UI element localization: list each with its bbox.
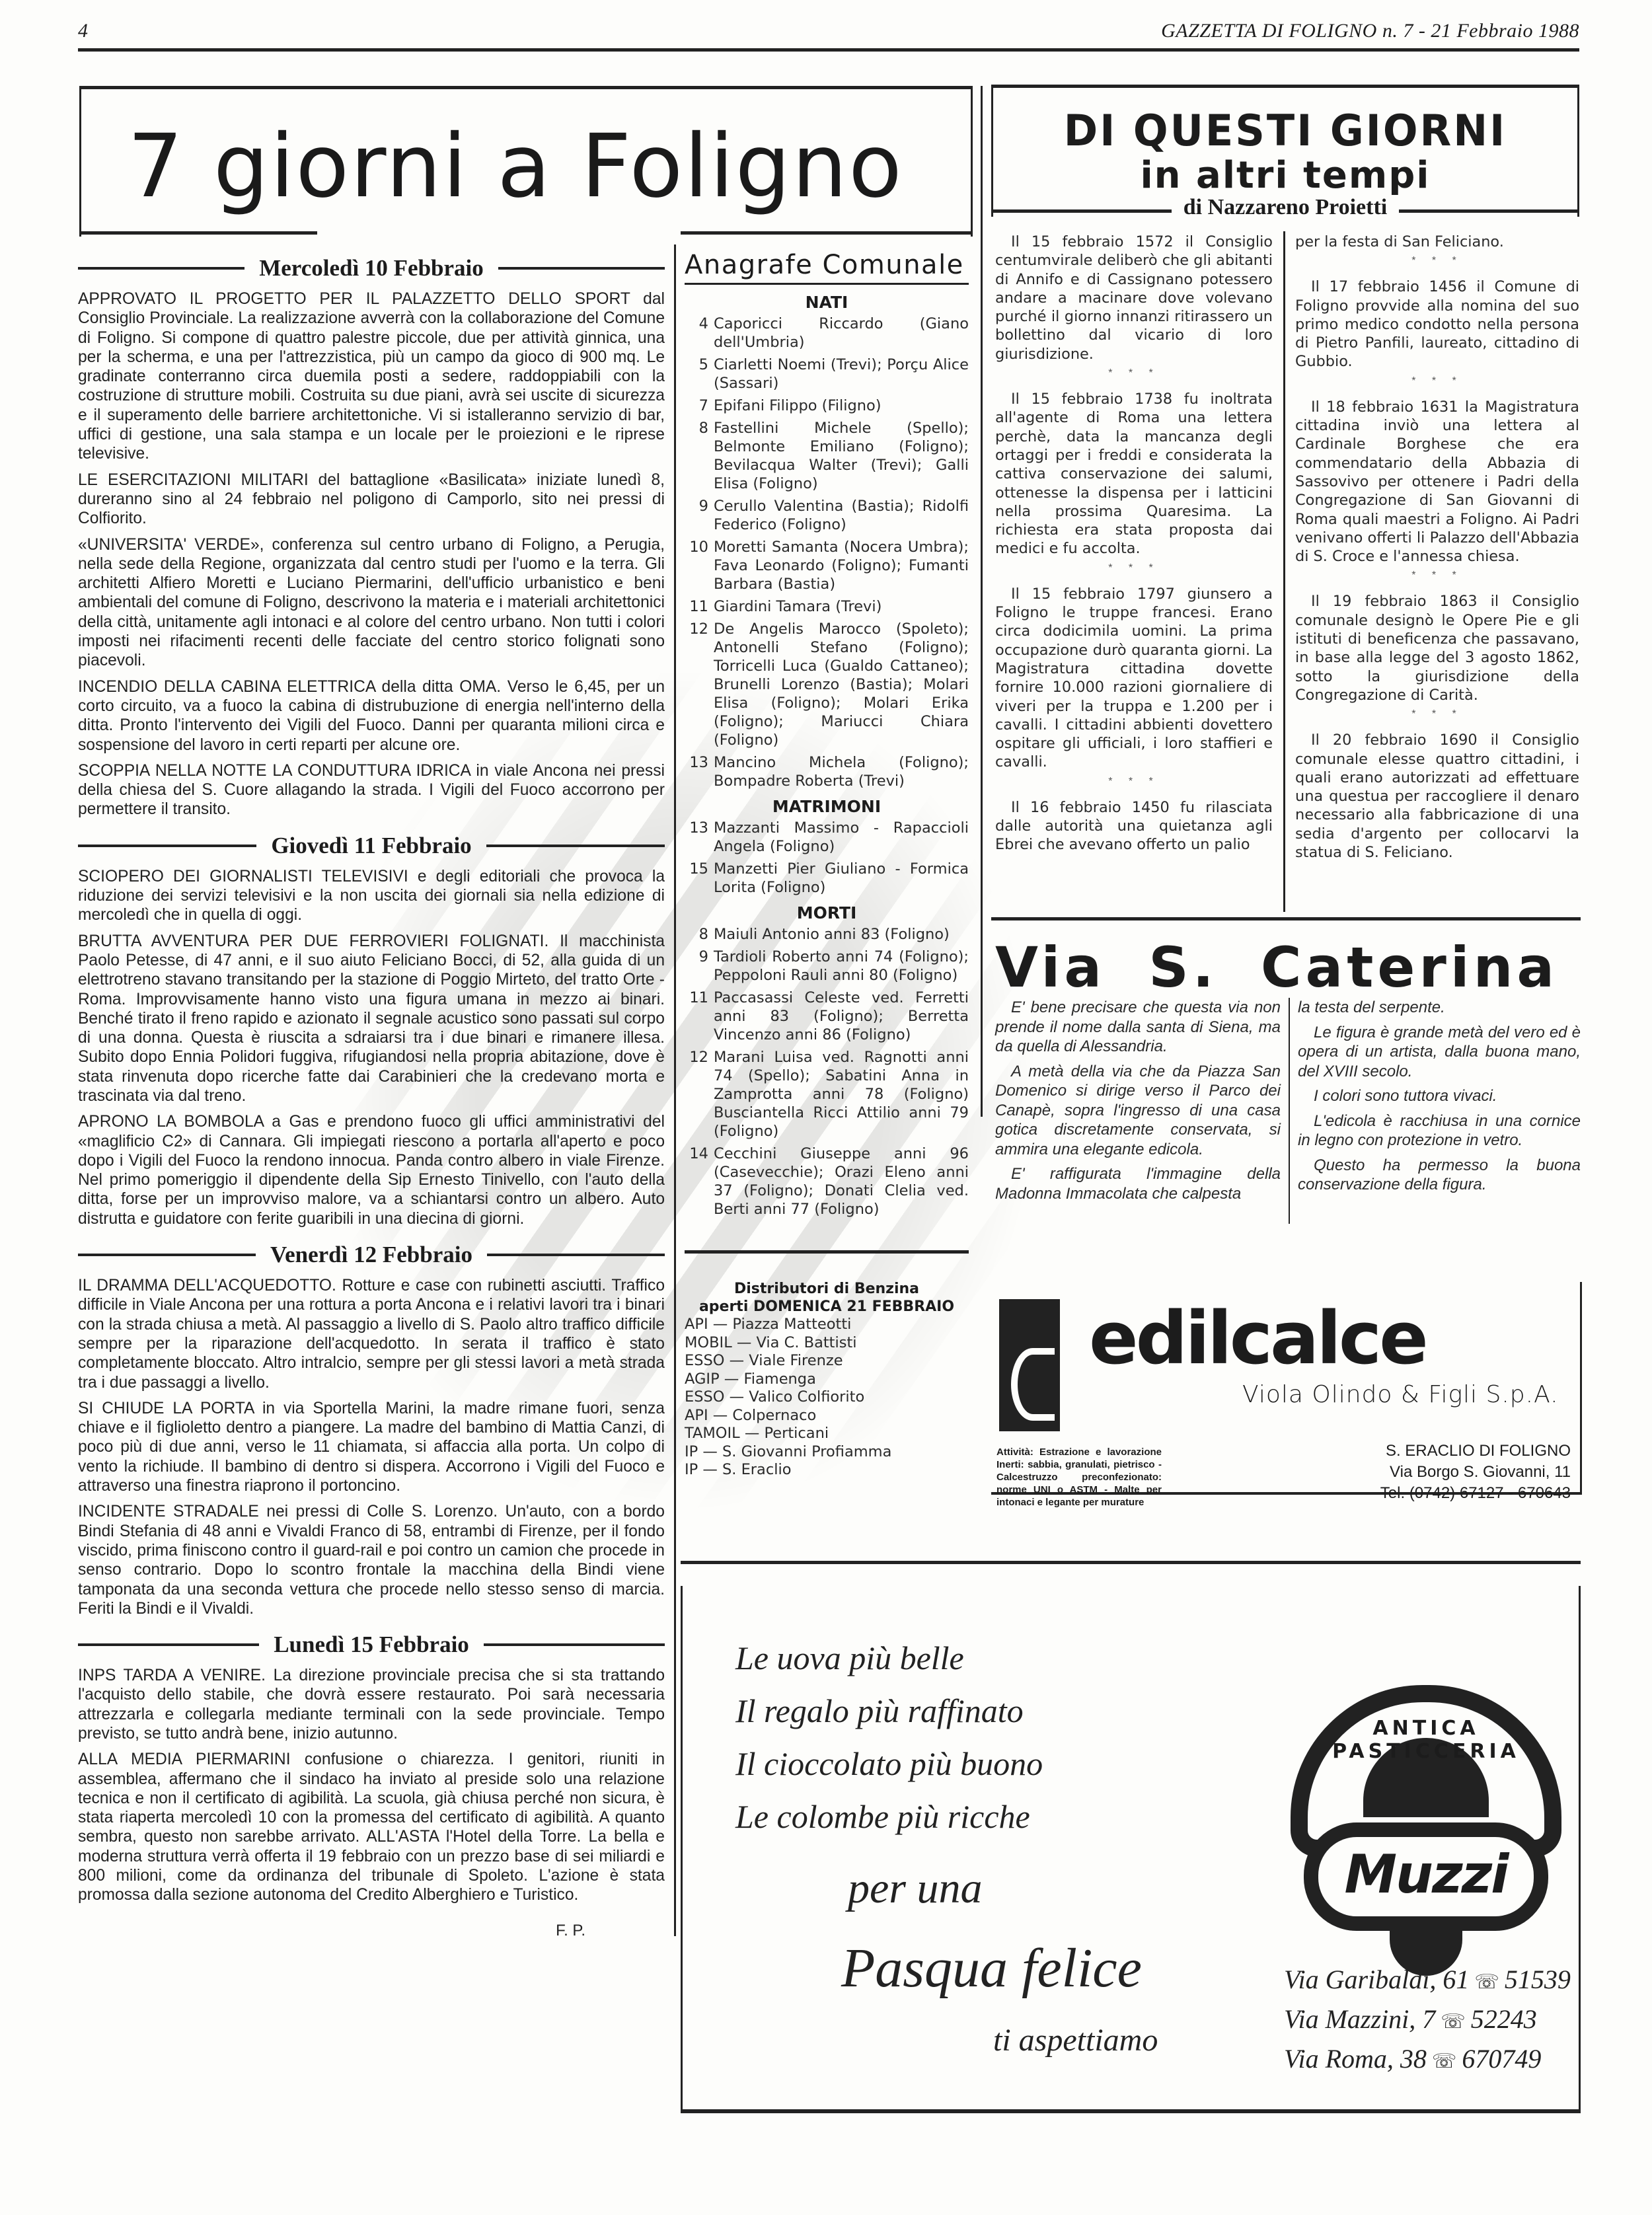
- registry-entry: 8Maiuli Antonio anni 83 (Foligno): [685, 925, 969, 944]
- benzina-heading-1: Distributori di Benzina: [685, 1280, 969, 1298]
- registry-entry: 11Giardini Tamara (Trevi): [685, 597, 969, 616]
- shop-phone: 52243: [1471, 2004, 1537, 2034]
- company-name: Viola Olindo & Figli S.p.A.: [1242, 1381, 1559, 1408]
- page-number: 4: [78, 20, 88, 42]
- altri-tempi-title-2: in altri tempi: [993, 154, 1577, 197]
- day-section-wed: Mercoledì 10 Febbraio APPROVATO IL PROGE…: [78, 255, 665, 819]
- day-label: Mercoledì 10 Febbraio: [259, 255, 484, 282]
- entry-day: 5: [685, 356, 708, 393]
- telephone-icon: ☏: [1441, 2011, 1466, 2033]
- column-rule: [981, 86, 983, 1117]
- shop-phone: 51539: [1505, 1965, 1571, 1994]
- phone-line: Tel. (0742) 67127 - 670643: [1380, 1483, 1571, 1504]
- separator-stars: * * *: [995, 776, 1273, 788]
- registry-entry: 10Moretti Samanta (Nocera Umbra); Fava L…: [685, 538, 969, 593]
- entry-text: Paccasassi Celeste ved. Ferretti anni 83…: [714, 989, 969, 1044]
- shop-street: Via Garibaldi, 61: [1284, 1965, 1469, 1994]
- ad-slogan: Le colombe più ricche: [735, 1797, 1030, 1836]
- telephone-icon: ☏: [1432, 2050, 1457, 2072]
- fuel-station: API — Colpernaco: [685, 1407, 969, 1425]
- paragraph: Questo ha permesso la buona conservazion…: [1298, 1156, 1581, 1195]
- ad-slogan: Il regalo più raffinato: [735, 1692, 1024, 1730]
- registry-entry: 15Manzetti Pier Giuliano - Formica Lorit…: [685, 860, 969, 897]
- news-item: APRONO LA BOMBOLA a Gas e prendono fuoco…: [78, 1112, 665, 1228]
- byline: di Nazzareno Proietti: [993, 195, 1577, 220]
- anagrafe-column: Anagrafe Comunale NATI 4Caporicci Riccar…: [685, 250, 969, 1480]
- entry-text: Mancino Michela (Foligno); Bompadre Robe…: [714, 753, 969, 790]
- paragraph: Le figura è grande metà del vero ed è op…: [1298, 1023, 1581, 1082]
- column-rule: [1283, 231, 1285, 912]
- altri-tempi-title-1: DI QUESTI GIORNI: [993, 105, 1577, 156]
- entry-text: De Angelis Marocco (Spoleto); Antonelli …: [714, 620, 969, 749]
- registry-entry: 4Caporicci Riccardo (Giano dell'Umbria): [685, 315, 969, 352]
- brand-name: edilcalce: [1089, 1302, 1426, 1374]
- day-heading: Mercoledì 10 Febbraio: [78, 255, 665, 282]
- author-signature: F. P.: [78, 1921, 665, 1940]
- paragraph: A metà della via che da Piazza San Domen…: [995, 1062, 1281, 1160]
- entry-day: 10: [685, 538, 708, 593]
- ad-pasqua-felice: Pasqua felice: [841, 1936, 1142, 2000]
- fuel-station: AGIP — Fiamenga: [685, 1370, 969, 1389]
- entry-day: 12: [685, 1048, 708, 1141]
- separator-stars: * * *: [995, 367, 1273, 379]
- ad-slogan: Il cioccolato più buono: [735, 1745, 1043, 1783]
- news-item: SI CHIUDE LA PORTA in via Sportella Mari…: [78, 1399, 665, 1495]
- rule: [487, 1254, 665, 1256]
- news-item: APPROVATO IL PROGETTO PER IL PALAZZETTO …: [78, 289, 665, 464]
- paragraph: E' raffigurata l'immagine della Madonna …: [995, 1164, 1281, 1203]
- day-heading: Lunedì 15 Febbraio: [78, 1632, 665, 1658]
- history-entry: Il 16 febbraio 1450 fu rilasciata dalle …: [995, 798, 1273, 854]
- via-caterina-column-a: E' bene precisare che questa via non pre…: [995, 998, 1281, 1209]
- rule: [486, 845, 665, 847]
- shop-phone: 670749: [1462, 2044, 1541, 2074]
- history-entry: Il 17 febbraio 1456 il Comune di Foligno…: [1295, 278, 1579, 371]
- day-label: Lunedì 15 Febbraio: [274, 1632, 469, 1658]
- telephone-icon: ☏: [1474, 1971, 1499, 1993]
- entry-day: 4: [685, 315, 708, 352]
- entry-text: Caporicci Riccardo (Giano dell'Umbria): [714, 315, 969, 352]
- registry-entry: 5Ciarletti Noemi (Trevi); Porçu Alice (S…: [685, 356, 969, 393]
- day-heading: Giovedì 11 Febbraio: [78, 833, 665, 859]
- muzzi-advertisement: Le uova più belle Il regalo più raffinat…: [681, 1586, 1581, 2113]
- news-item: SCOPPIA NELLA NOTTE LA CONDUTTURA IDRICA…: [78, 761, 665, 819]
- matrimoni-list: 13Mazzanti Massimo - Rapaccioli Angela (…: [685, 819, 969, 897]
- via-caterina-title: Via S. Caterina: [995, 935, 1581, 1000]
- entry-day: 7: [685, 396, 708, 415]
- entry-day: 12: [685, 620, 708, 749]
- news-item: BRUTTA AVVENTURA PER DUE FERROVIERI FOLI…: [78, 932, 665, 1106]
- registry-entry: 8Fastellini Michele (Spello); Belmonte E…: [685, 419, 969, 493]
- news-item: ALLA MEDIA PIERMARINI confusione o chiar…: [78, 1750, 665, 1904]
- entry-text: Marani Luisa ved. Ragnotti anni 74 (Spel…: [714, 1048, 969, 1141]
- history-entry: Il 15 febbraio 1572 il Consiglio centumv…: [995, 233, 1273, 363]
- fuel-station: IP — S. Eraclio: [685, 1461, 969, 1480]
- news-column: Mercoledì 10 Febbraio APPROVATO IL PROGE…: [78, 251, 665, 1947]
- entry-day: 8: [685, 419, 708, 493]
- benzina-heading-2: aperti DOMENICA 21 FEBBRAIO: [685, 1298, 969, 1316]
- anagrafe-title: Anagrafe Comunale: [685, 250, 969, 285]
- column-rule: [674, 244, 676, 1936]
- shop-address: Via Mazzini, 7☏52243: [1284, 2004, 1537, 2035]
- publication-line: GAZZETTA DI FOLIGNO n. 7 - 21 Febbraio 1…: [1161, 20, 1579, 42]
- news-item: SCIOPERO DEI GIORNALISTI TELEVISIVI e de…: [78, 867, 665, 925]
- history-entry: Il 15 febbraio 1738 fu inoltrata all'age…: [995, 390, 1273, 558]
- history-entry: Il 18 febbraio 1631 la Magistratura citt…: [1295, 398, 1579, 566]
- rule: [685, 1250, 969, 1254]
- running-header: 4 GAZZETTA DI FOLIGNO n. 7 - 21 Febbraio…: [78, 15, 1579, 52]
- muzzi-logo-icon: ANTICA PASTICCERIA Muzzi: [1291, 1645, 1561, 1963]
- rule: [78, 845, 256, 847]
- altri-tempi-masthead: DI QUESTI GIORNI in altri tempi di Nazza…: [991, 85, 1579, 217]
- morti-heading: MORTI: [685, 903, 969, 922]
- rule: [78, 267, 244, 270]
- registry-entry: 7Epifani Filippo (Filigno): [685, 396, 969, 415]
- ad-slogan: Le uova più belle: [735, 1639, 964, 1677]
- day-label: Venerdì 12 Febbraio: [270, 1242, 472, 1268]
- registry-entry: 14Cecchini Giuseppe anni 96 (Casevecchie…: [685, 1145, 969, 1219]
- day-section-thu: Giovedì 11 Febbraio SCIOPERO DEI GIORNAL…: [78, 833, 665, 1228]
- ad-per-una: per una: [848, 1863, 982, 1914]
- paragraph: I colori sono tuttora vivaci.: [1298, 1086, 1581, 1106]
- news-item: LE ESERCITAZIONI MILITARI del battaglion…: [78, 470, 665, 529]
- registry-entry: 13Mancino Michela (Foligno); Bompadre Ro…: [685, 753, 969, 790]
- news-item: INPS TARDA A VENIRE. La direzione provin…: [78, 1666, 665, 1743]
- entry-day: 9: [685, 948, 708, 985]
- matrimoni-heading: MATRIMONI: [685, 797, 969, 816]
- registry-entry: 9Tardioli Roberto anni 74 (Foligno); Pep…: [685, 948, 969, 985]
- fuel-station: ESSO — Viale Firenze: [685, 1352, 969, 1370]
- history-column-a: Il 15 febbraio 1572 il Consiglio centumv…: [995, 233, 1273, 854]
- separator-stars: * * *: [1295, 375, 1579, 387]
- shop-street: Via Roma, 38: [1284, 2044, 1427, 2074]
- rule: [78, 1254, 256, 1256]
- history-entry: Il 19 febbraio 1863 il Consiglio comunal…: [1295, 592, 1579, 704]
- paragraph: L'edicola è racchiusa in una cornice in …: [1298, 1111, 1581, 1150]
- paragraph: la testa del serpente.: [1298, 998, 1581, 1018]
- news-item: INCENDIO DELLA CABINA ELETTRICA della di…: [78, 677, 665, 755]
- rule: [681, 231, 973, 235]
- news-item: IL DRAMMA DELL'ACQUEDOTTO. Rotture e cas…: [78, 1276, 665, 1392]
- company-address: S. ERACLIO DI FOLIGNO Via Borgo S. Giova…: [1380, 1441, 1571, 1504]
- fuel-station: TAMOIL — Perticani: [685, 1425, 969, 1443]
- activity-description: Attività: Estrazione e lavorazione Inert…: [996, 1446, 1162, 1509]
- entry-day: 8: [685, 925, 708, 944]
- day-label: Giovedì 11 Febbraio: [271, 833, 471, 859]
- section-title: 7 giorni a Foligno: [128, 116, 903, 217]
- separator-stars: * * *: [1295, 708, 1579, 720]
- registry-entry: 13Mazzanti Massimo - Rapaccioli Angela (…: [685, 819, 969, 856]
- shop-address: Via Garibaldi, 61☏51539: [1284, 1964, 1571, 1995]
- entry-text: Epifani Filippo (Filigno): [714, 396, 969, 415]
- column-rule: [1289, 998, 1290, 1224]
- day-section-fri: Venerdì 12 Febbraio IL DRAMMA DELL'ACQUE…: [78, 1242, 665, 1618]
- morti-list: 8Maiuli Antonio anni 83 (Foligno)9Tardio…: [685, 925, 969, 1219]
- entry-text: Moretti Samanta (Nocera Umbra); Fava Leo…: [714, 538, 969, 593]
- address-line: S. ERACLIO DI FOLIGNO: [1380, 1441, 1571, 1462]
- fuel-station: IP — S. Giovanni Profiamma: [685, 1443, 969, 1462]
- entry-text: Mazzanti Massimo - Rapaccioli Angela (Fo…: [714, 819, 969, 856]
- rule: [484, 1643, 665, 1646]
- separator-stars: * * *: [1295, 255, 1579, 267]
- entry-text: Giardini Tamara (Trevi): [714, 597, 969, 616]
- entry-text: Fastellini Michele (Spello); Belmonte Em…: [714, 419, 969, 493]
- rule: [681, 1561, 1581, 1564]
- logo-name: Muzzi: [1291, 1844, 1561, 1905]
- benzina-list: API — Piazza MatteottiMOBIL — Via C. Bat…: [685, 1316, 969, 1480]
- fuel-station: MOBIL — Via C. Battisti: [685, 1334, 969, 1353]
- entry-day: 11: [685, 597, 708, 616]
- entry-text: Maiuli Antonio anni 83 (Foligno): [714, 925, 969, 944]
- separator-stars: * * *: [995, 562, 1273, 574]
- entry-day: 15: [685, 860, 708, 897]
- nati-heading: NATI: [685, 293, 969, 312]
- via-caterina-column-b: la testa del serpente. Le figura è grand…: [1298, 998, 1581, 1200]
- logo-arc-text: ANTICA PASTICCERIA: [1324, 1717, 1528, 1763]
- entry-day: 14: [685, 1145, 708, 1219]
- day-section-mon: Lunedì 15 Febbraio INPS TARDA A VENIRE. …: [78, 1632, 665, 1905]
- history-column-b: per la festa di San Feliciano. * * * Il …: [1295, 233, 1579, 862]
- rule: [78, 1643, 259, 1646]
- rule: [79, 231, 317, 235]
- ad-ti-aspettiamo: ti aspettiamo: [993, 2022, 1158, 2058]
- registry-entry: 9Cerullo Valentina (Bastia); Ridolfi Fed…: [685, 497, 969, 534]
- entry-text: Cerullo Valentina (Bastia); Ridolfi Fede…: [714, 497, 969, 534]
- rule: [991, 917, 1581, 920]
- seven-days-masthead: 7 giorni a Foligno: [79, 86, 973, 237]
- edilcalce-advertisement: edilcalce Viola Olindo & Figli S.p.A. At…: [991, 1282, 1582, 1495]
- rule: [498, 267, 665, 270]
- entry-day: 11: [685, 989, 708, 1044]
- shop-street: Via Mazzini, 7: [1284, 2004, 1435, 2034]
- fuel-station: API — Piazza Matteotti: [685, 1316, 969, 1334]
- entry-text: Cecchini Giuseppe anni 96 (Casevecchie);…: [714, 1145, 969, 1219]
- nati-list: 4Caporicci Riccardo (Giano dell'Umbria)5…: [685, 315, 969, 790]
- registry-entry: 12Marani Luisa ved. Ragnotti anni 74 (Sp…: [685, 1048, 969, 1141]
- registry-entry: 12De Angelis Marocco (Spoleto); Antonell…: [685, 620, 969, 749]
- history-entry-cont: per la festa di San Feliciano.: [1295, 233, 1579, 251]
- paragraph: E' bene precisare che questa via non pre…: [995, 998, 1281, 1057]
- address-line: Via Borgo S. Giovanni, 11: [1380, 1462, 1571, 1483]
- registry-entry: 11Paccasassi Celeste ved. Ferretti anni …: [685, 989, 969, 1044]
- fuel-station: ESSO — Valico Colfiorito: [685, 1388, 969, 1407]
- day-heading: Venerdì 12 Febbraio: [78, 1242, 665, 1268]
- entry-day: 9: [685, 497, 708, 534]
- shop-address: Via Roma, 38☏670749: [1284, 2043, 1541, 2074]
- ec-logo-icon: [999, 1299, 1060, 1431]
- entry-text: Ciarletti Noemi (Trevi); Porçu Alice (Sa…: [714, 356, 969, 393]
- entry-text: Tardioli Roberto anni 74 (Foligno); Pepp…: [714, 948, 969, 985]
- history-entry: Il 15 febbraio 1797 giunsero a Foligno l…: [995, 585, 1273, 772]
- entry-day: 13: [685, 819, 708, 856]
- news-item: «UNIVERSITA' VERDE», conferenza sul cent…: [78, 535, 665, 671]
- byline-text: di Nazzareno Proietti: [1172, 195, 1399, 219]
- news-item: INCIDENTE STRADALE nei pressi di Colle S…: [78, 1502, 665, 1618]
- history-entry: Il 20 febbraio 1690 il Consiglio comunal…: [1295, 731, 1579, 862]
- separator-stars: * * *: [1295, 570, 1579, 582]
- entry-text: Manzetti Pier Giuliano - Formica Lorita …: [714, 860, 969, 897]
- entry-day: 13: [685, 753, 708, 790]
